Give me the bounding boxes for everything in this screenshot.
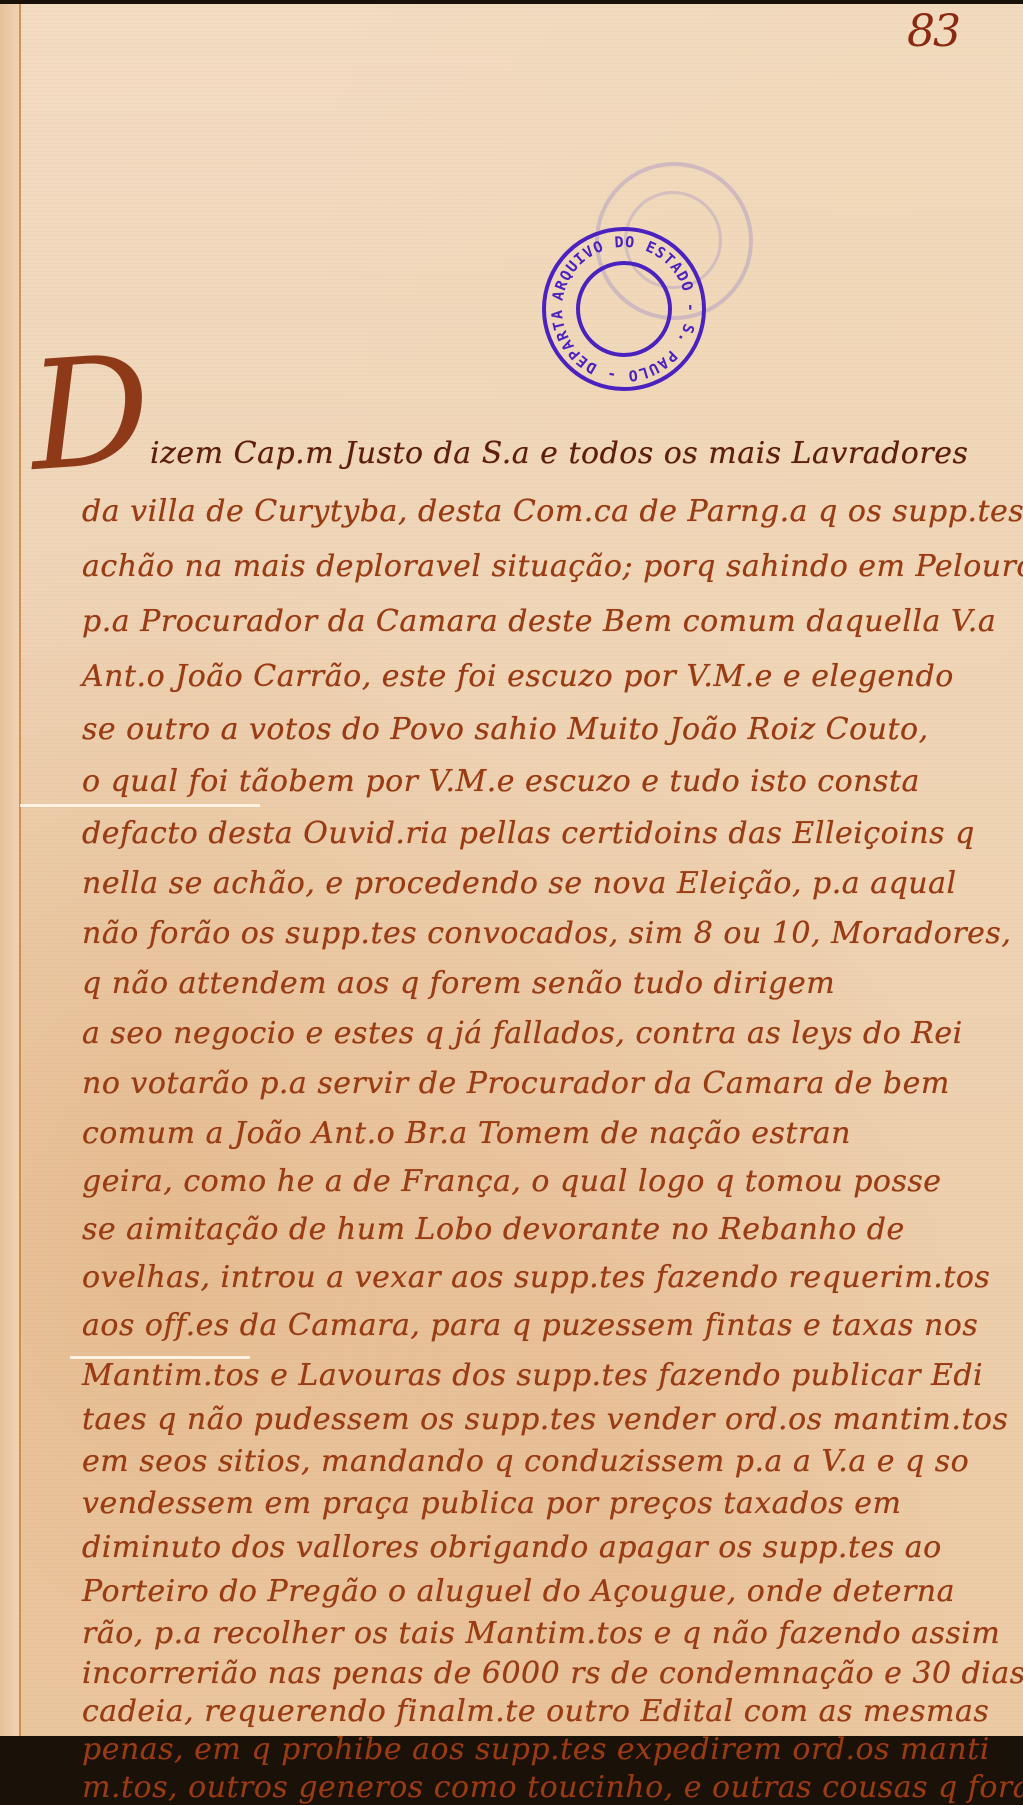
text-line: Porteiro do Pregão o aluguel do Açougue,… [82, 1574, 1013, 1609]
text-line: q não attendem aos q forem senão tudo di… [82, 966, 1013, 1001]
text-line: em seos sitios, mandando q conduzissem p… [82, 1444, 1013, 1479]
text-line: comum a João Ant.o Br.a Tomem de nação e… [82, 1116, 1013, 1151]
manuscript-page: 83 ARQUIVO DO ESTADO - S. PAULO - DEPART… [0, 4, 1023, 1736]
text-line: izem Cap.m Justo da S.a e todos os mais … [150, 436, 1013, 471]
text-line: incorrerião nas penas de 6000 rs de cond… [82, 1656, 1013, 1691]
text-line: nella se achão, e procedendo se nova Ele… [82, 866, 1013, 901]
text-line: p.a Procurador da Camara deste Bem comum… [82, 604, 1013, 639]
manuscript-text: izem Cap.m Justo da S.a e todos os mais … [0, 4, 1023, 1736]
text-line: Mantim.tos e Lavouras dos supp.tes fazen… [82, 1358, 1013, 1393]
text-line: diminuto dos vallores obrigando apagar o… [82, 1530, 1013, 1565]
text-line: no votarão p.a servir de Procurador da C… [82, 1066, 1013, 1101]
text-line: a seo negocio e estes q já fallados, con… [82, 1016, 1013, 1051]
text-line: cadeia, requerendo finalm.te outro Edita… [82, 1694, 1013, 1729]
text-line: penas, em q prohibe aos supp.tes expedir… [82, 1732, 1013, 1742]
text-line: não forão os supp.tes convocados, sim 8 … [82, 916, 1013, 951]
text-line: taes q não pudessem os supp.tes vender o… [82, 1402, 1013, 1437]
text-line: se aimitação de hum Lobo devorante no Re… [82, 1212, 1013, 1247]
text-line: vendessem em praça publica por preços ta… [82, 1486, 1013, 1521]
text-line: Ant.o João Carrão, este foi escuzo por V… [82, 659, 1013, 694]
text-line: defacto desta Ouvid.ria pellas certidoin… [82, 816, 1013, 851]
text-line: o qual foi tãobem por V.M.e escuzo e tud… [82, 764, 1013, 799]
text-line: se outro a votos do Povo sahio Muito Joã… [82, 712, 1013, 747]
text-line: aos off.es da Camara, para q puzessem fi… [82, 1308, 1013, 1343]
text-line: ovelhas, introu a vexar aos supp.tes faz… [82, 1260, 1013, 1295]
text-line: geira, como he a de França, o qual logo … [82, 1164, 1013, 1199]
text-line: rão, p.a recolher os tais Mantim.tos e q… [82, 1616, 1013, 1651]
text-line: achão na mais deploravel situação; porq … [82, 549, 1013, 584]
text-line: da villa de Curytyba, desta Com.ca de Pa… [82, 494, 1013, 529]
